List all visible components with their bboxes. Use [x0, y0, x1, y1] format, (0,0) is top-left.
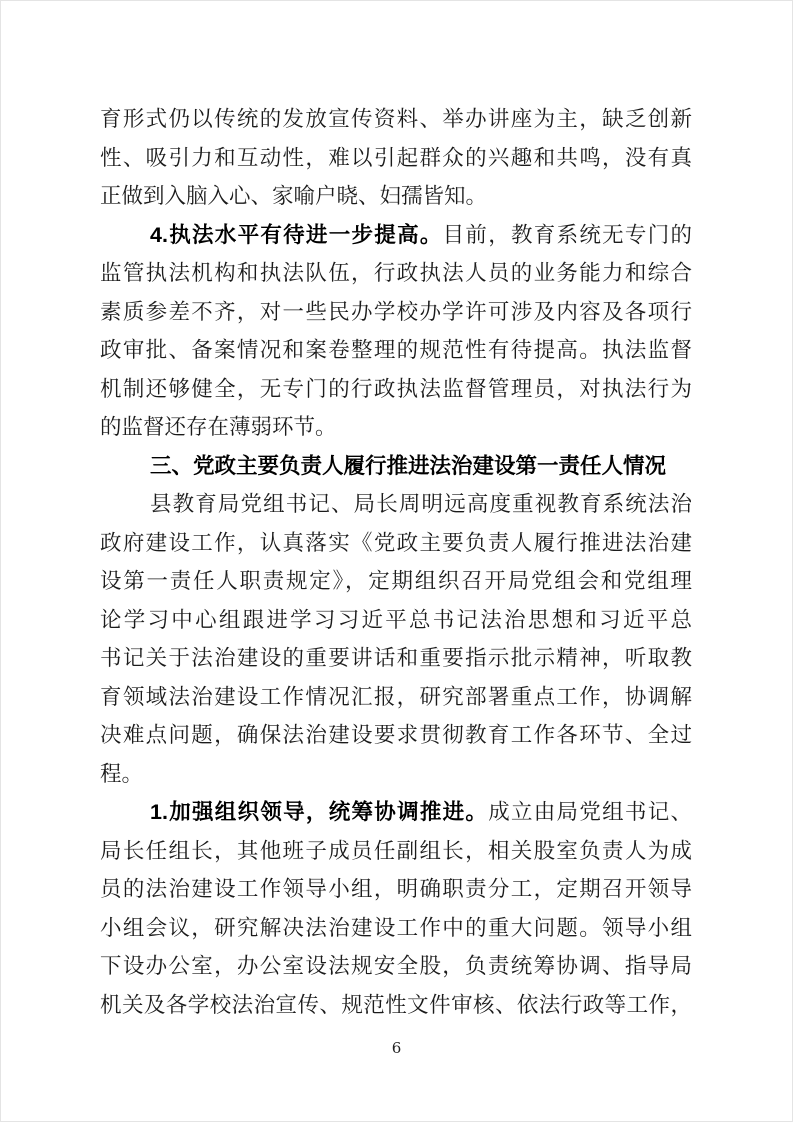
text-run: 设第一责任人职责规定》，定期组织召开局党组会和党组理: [100, 569, 692, 593]
text-line: 局长任组长，其他班子成员任副组长，相关股室负责人为成: [100, 832, 692, 871]
text-run: 目前，教育系统无专门的: [443, 223, 692, 247]
text-run: 机关及各学校法治宣传、规范性文件审核、依法行政等工作，: [100, 993, 692, 1017]
text-line: 育形式仍以传统的发放宣传资料、举办讲座为主，缺乏创新: [100, 100, 692, 139]
text-run: 下设办公室，办公室设法规安全股，负责统筹协调、指导局: [100, 954, 692, 978]
text-line: 正做到入脑入心、家喻户晓、妇孺皆知。: [100, 177, 692, 216]
text-line: 政府建设工作，认真落实《党政主要负责人履行推进法治建: [100, 524, 692, 563]
document-page: 育形式仍以传统的发放宣传资料、举办讲座为主，缺乏创新性、吸引力和互动性，难以引起…: [0, 0, 793, 1122]
text-line: 决难点问题，确保法治建设要求贯彻教育工作各环节、全过: [100, 716, 692, 755]
text-run: 育领域法治建设工作情况汇报，研究部署重点工作，协调解: [100, 685, 692, 709]
text-line: 设第一责任人职责规定》，定期组织召开局党组会和党组理: [100, 562, 692, 601]
text-line: 三、党政主要负责人履行推进法治建设第一责任人情况: [100, 447, 692, 486]
text-line: 1.加强组织领导，统筹协调推进。成立由局党组书记、: [100, 793, 692, 832]
text-line: 4.执法水平有待进一步提高。目前，教育系统无专门的: [100, 216, 692, 255]
text-line: 的监督还存在薄弱环节。: [100, 408, 692, 447]
text-line: 机制还够健全，无专门的行政执法监督管理员，对执法行为: [100, 370, 692, 409]
document-body: 育形式仍以传统的发放宣传资料、举办讲座为主，缺乏创新性、吸引力和互动性，难以引起…: [100, 100, 692, 1024]
text-run: 成立由局党组书记、: [488, 800, 692, 824]
text-run: 素质参差不齐，对一些民办学校办学许可涉及内容及各项行: [100, 300, 692, 324]
text-line: 员的法治建设工作领导小组，明确职责分工，定期召开领导: [100, 870, 692, 909]
text-run: 育形式仍以传统的发放宣传资料、举办讲座为主，缺乏创新: [100, 107, 692, 131]
text-run: 监管执法机构和执法队伍，行政执法人员的业务能力和综合: [100, 261, 692, 285]
text-line: 育领域法治建设工作情况汇报，研究部署重点工作，协调解: [100, 678, 692, 717]
text-run: 书记关于法治建设的重要讲话和重要指示批示精神，听取教: [100, 646, 692, 670]
text-line: 程。: [100, 755, 692, 794]
text-run: 员的法治建设工作领导小组，明确职责分工，定期召开领导: [100, 877, 692, 901]
bold-text-run: 三、党政主要负责人履行推进法治建设第一责任人情况: [150, 454, 666, 478]
text-line: 下设办公室，办公室设法规安全股，负责统筹协调、指导局: [100, 947, 692, 986]
page-footer: 6: [1, 1039, 792, 1058]
text-line: 机关及各学校法治宣传、规范性文件审核、依法行政等工作，: [100, 986, 692, 1025]
text-run: 正做到入脑入心、家喻户晓、妇孺皆知。: [100, 184, 487, 208]
text-line: 监管执法机构和执法队伍，行政执法人员的业务能力和综合: [100, 254, 692, 293]
text-line: 政审批、备案情况和案卷整理的规范性有待提高。执法监督: [100, 331, 692, 370]
text-line: 小组会议，研究解决法治建设工作中的重大问题。领导小组: [100, 909, 692, 948]
text-run: 性、吸引力和互动性，难以引起群众的兴趣和共鸣，没有真: [100, 146, 692, 170]
text-line: 书记关于法治建设的重要讲话和重要指示批示精神，听取教: [100, 639, 692, 678]
text-line: 素质参差不齐，对一些民办学校办学许可涉及内容及各项行: [100, 293, 692, 332]
text-run: 决难点问题，确保法治建设要求贯彻教育工作各环节、全过: [100, 723, 692, 747]
text-run: 机制还够健全，无专门的行政执法监督管理员，对执法行为: [100, 377, 692, 401]
text-line: 论学习中心组跟进学习习近平总书记法治思想和习近平总: [100, 601, 692, 640]
page-number: 6: [392, 1039, 402, 1057]
text-run: 的监督还存在薄弱环节。: [100, 415, 337, 439]
text-run: 小组会议，研究解决法治建设工作中的重大问题。领导小组: [100, 916, 692, 940]
bold-text-run: 4.执法水平有待进一步提高。: [150, 223, 443, 247]
text-run: 政府建设工作，认真落实《党政主要负责人履行推进法治建: [100, 531, 692, 555]
text-run: 局长任组长，其他班子成员任副组长，相关股室负责人为成: [100, 839, 692, 863]
text-line: 县教育局党组书记、局长周明远高度重视教育系统法治: [100, 485, 692, 524]
text-line: 性、吸引力和互动性，难以引起群众的兴趣和共鸣，没有真: [100, 139, 692, 178]
text-run: 程。: [100, 762, 143, 786]
text-run: 论学习中心组跟进学习习近平总书记法治思想和习近平总: [100, 608, 692, 632]
text-run: 政审批、备案情况和案卷整理的规范性有待提高。执法监督: [100, 338, 692, 362]
text-run: 县教育局党组书记、局长周明远高度重视教育系统法治: [150, 492, 692, 516]
bold-text-run: 1.加强组织领导，统筹协调推进。: [150, 800, 488, 824]
